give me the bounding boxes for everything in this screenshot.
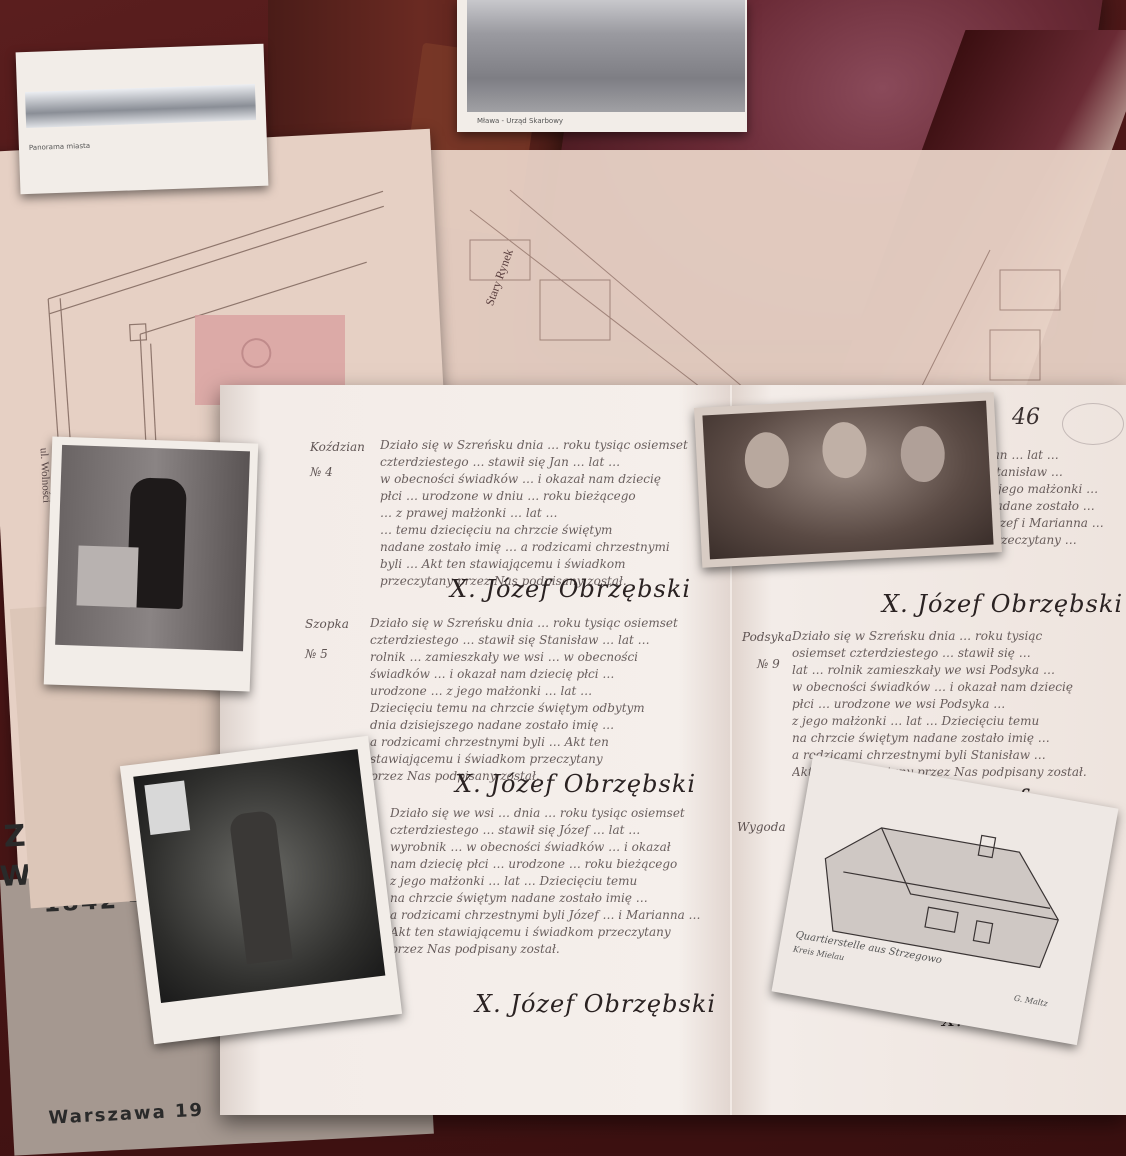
cadastral-map-right: Stary Rynek [430, 150, 1126, 410]
photo-woman [44, 436, 259, 691]
booklet-title-line: Z [3, 819, 27, 855]
three-men-image [702, 401, 993, 560]
page-number: 46 [1012, 405, 1040, 430]
woman-image [55, 445, 250, 651]
margin-village: Podsyka [742, 630, 792, 644]
photo-man-garden [120, 736, 402, 1044]
window [144, 781, 190, 836]
booklet-city: Warszawa 19 [48, 1100, 205, 1129]
balustrade [77, 545, 139, 607]
postcard-panorama: Panorama miasta [16, 44, 269, 195]
priest-signature: X. Józef Obrzębski [455, 770, 696, 798]
house-drawing [800, 798, 1092, 993]
priest-signature: X. Józef Obrzębski [450, 575, 691, 603]
ink-stamp [1062, 403, 1124, 445]
photo-three-men [694, 392, 1002, 567]
priest-signature: X. Józef Obrzębski [882, 590, 1123, 618]
building-photo [467, 0, 745, 112]
figure [229, 810, 293, 964]
handwritten-entry: Działo się we wsi … dnia … roku tysiąc o… [390, 805, 720, 958]
postcard-building: Mława - Urząd Skarbowy [457, 0, 747, 132]
face [899, 425, 946, 483]
margin-village: Szopka [305, 617, 349, 631]
man-garden-image [133, 749, 385, 1003]
margin-village: Wygoda [737, 820, 786, 834]
postcard-caption: Panorama miasta [29, 142, 90, 152]
artist-signature: G. Maltz [1013, 994, 1048, 1009]
margin-village: Koździan [310, 440, 365, 454]
margin-entry-number: № 4 [310, 465, 333, 479]
handwritten-entry: Działo się w Szreńsku dnia … roku tysiąc… [792, 628, 1122, 781]
postcard-caption: Mława - Urząd Skarbowy [477, 117, 563, 125]
handwritten-entry: Działo się w Szreńsku dnia … roku tysiąc… [380, 437, 720, 590]
face [821, 421, 868, 479]
face [743, 431, 790, 489]
handwritten-entry: Działo się w Szreńsku dnia … roku tysiąc… [370, 615, 720, 785]
margin-entry-number: № 5 [305, 647, 328, 661]
priest-signature: X. Józef Obrzębski [475, 990, 716, 1018]
panorama-image [25, 84, 256, 128]
margin-entry-number: № 9 [757, 657, 780, 671]
